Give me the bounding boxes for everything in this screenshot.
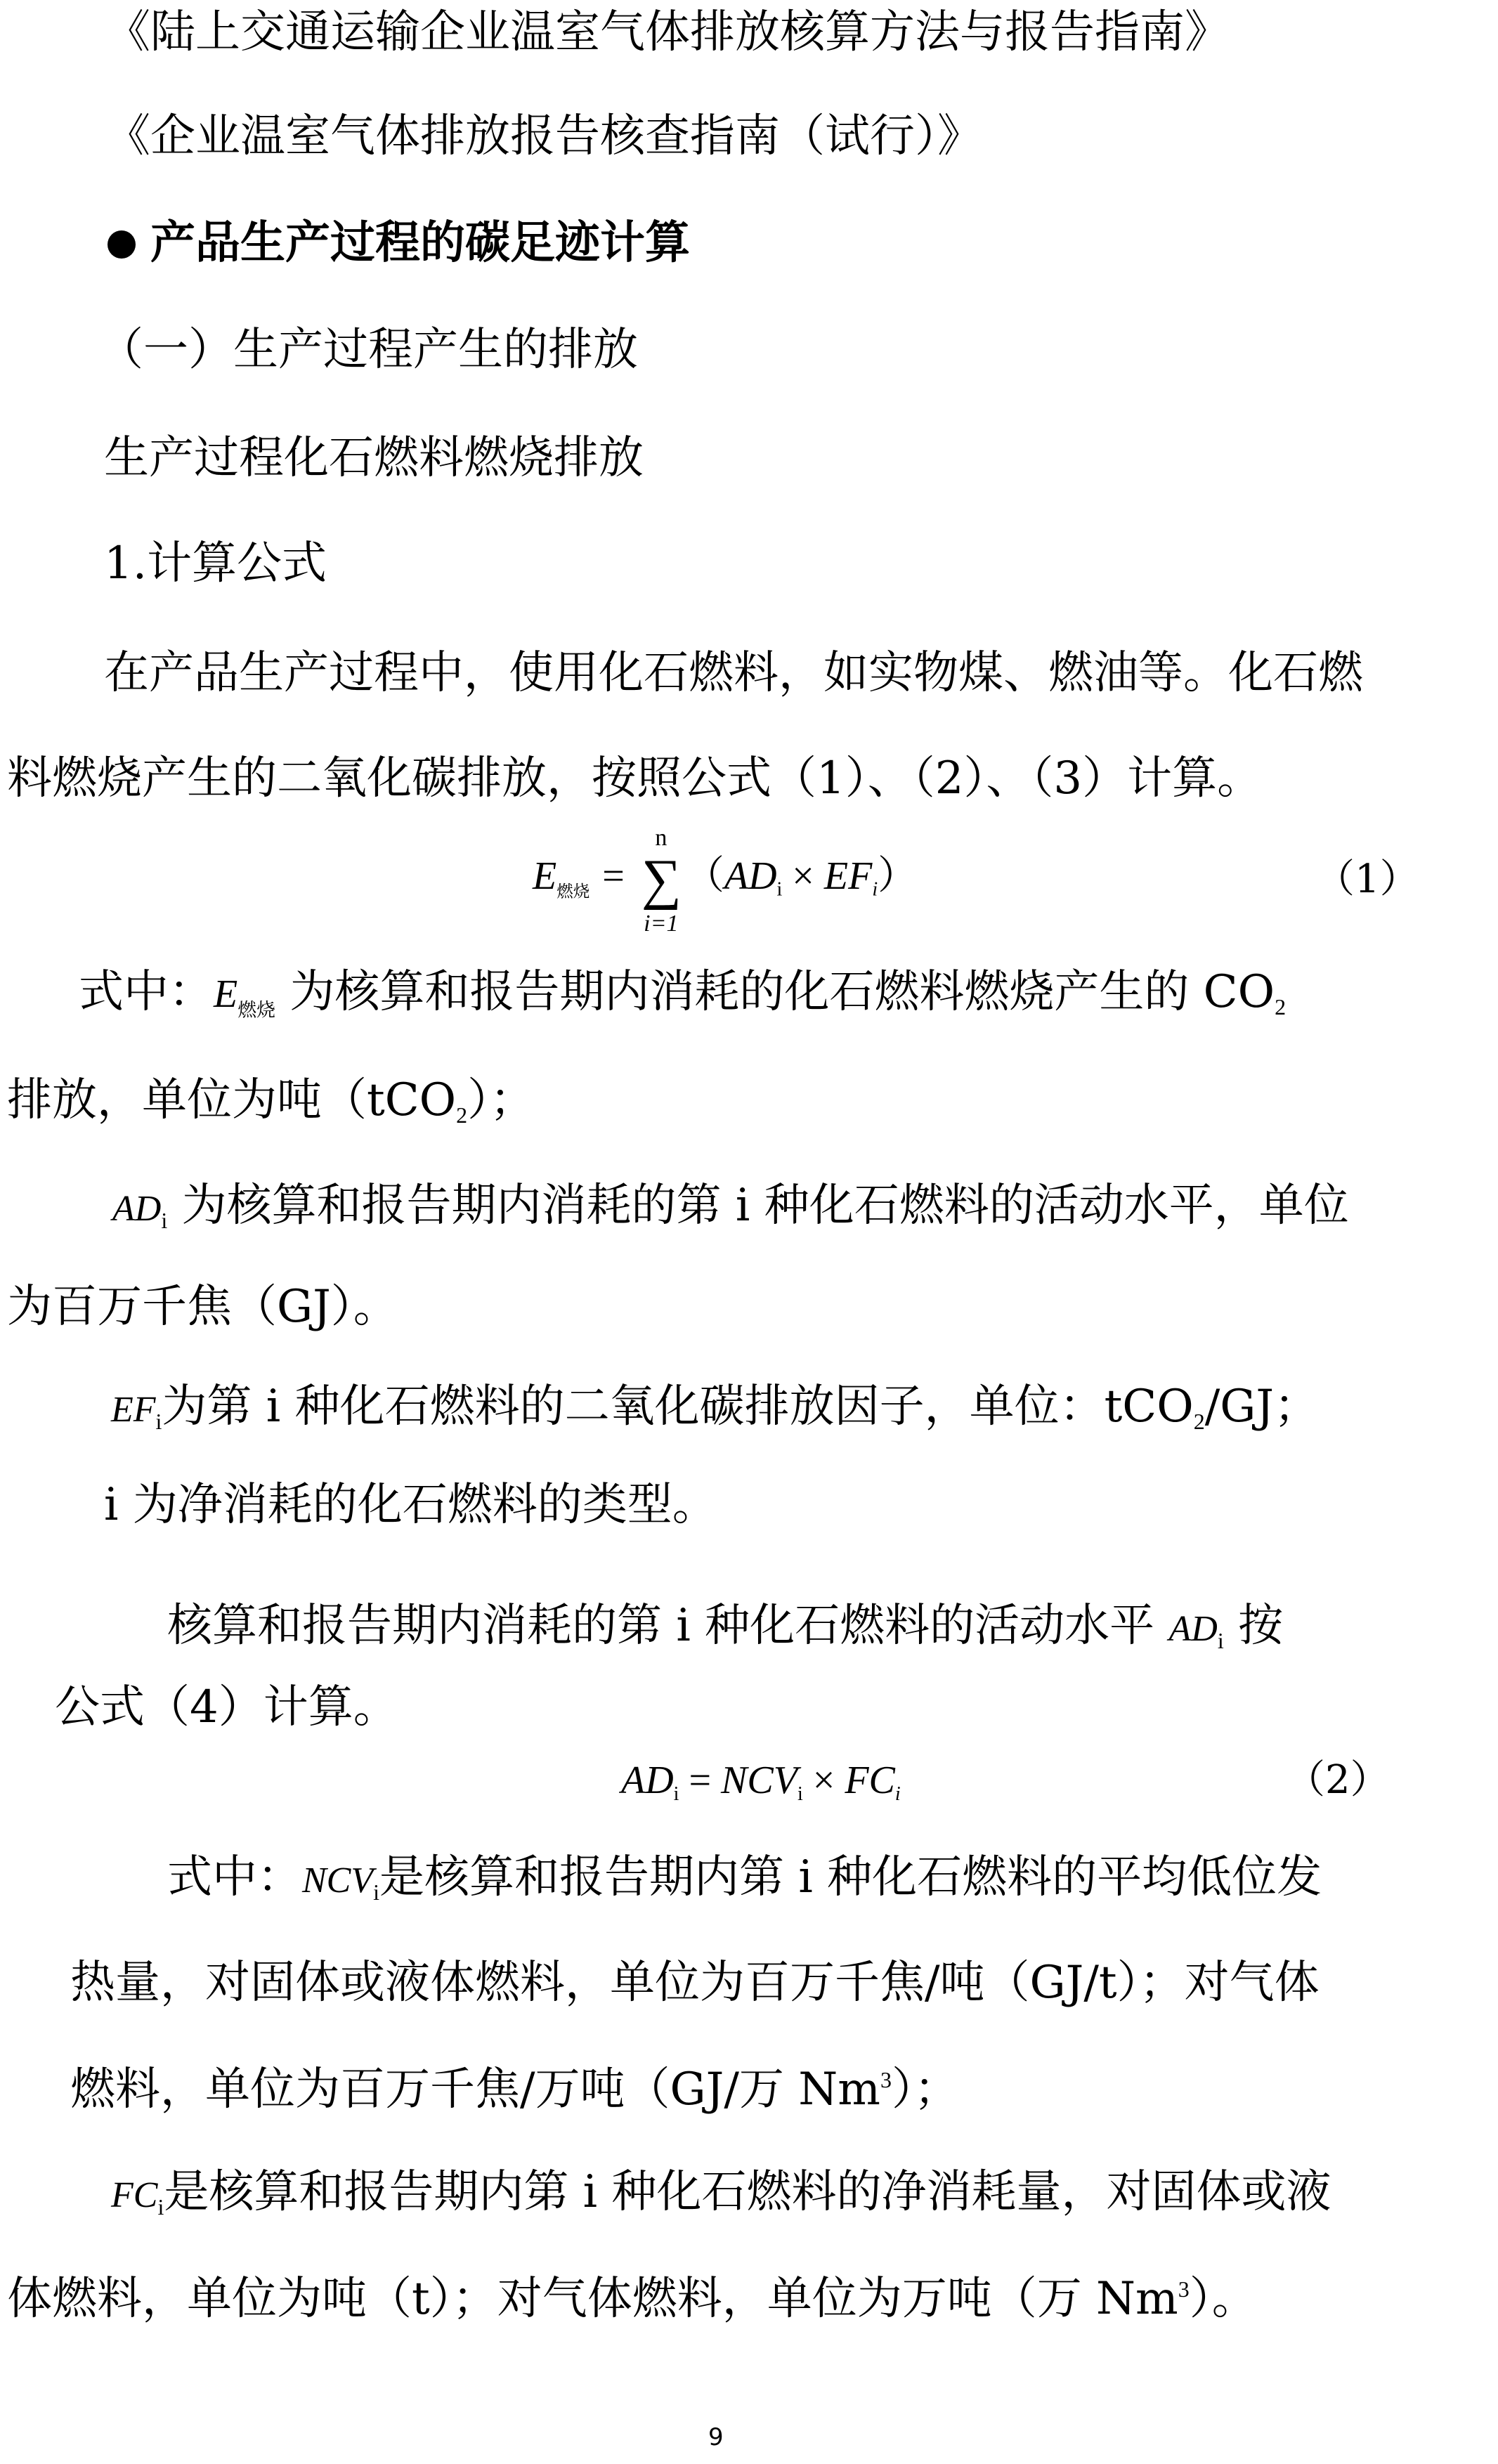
where-label: 式中：	[79, 966, 214, 1018]
intro-line-1: 在产品生产过程中，使用化石燃料，如实物煤、燃油等。化石燃	[104, 651, 1363, 696]
formula-2-ad: AD	[621, 1759, 674, 1802]
cubic-superscript: 3	[1178, 2276, 1190, 2302]
ncv-gas-unit: 燃料，单位为百万千焦/万吨（GJ/万 Nm	[70, 2064, 880, 2116]
formula-1-ad: AD	[724, 854, 777, 898]
summation-symbol: n ∑ i=1	[641, 852, 681, 908]
e-subscript: 燃烧	[237, 999, 275, 1021]
ncv-subscript: i	[373, 1879, 379, 1905]
co2-subscript: 2	[1275, 994, 1286, 1019]
definition-fc-cont: 体燃料，单位为吨（t）；对气体燃料，单位为万吨（万 Nm3）。	[7, 2276, 1257, 2321]
fc-unit: 体燃料，单位为吨（t）；对气体燃料，单位为万吨（万 Nm	[7, 2273, 1178, 2325]
formula-1-lhs-subscript: 燃烧	[556, 882, 590, 901]
co2-subscript: 2	[1194, 1409, 1205, 1434]
formula-1: E燃烧 = n ∑ i=1 （ADi × EFi）	[533, 852, 917, 908]
sigma-lower-limit: i=1	[634, 912, 688, 936]
ef-description: 为第 i 种化石燃料的二氧化碳排放因子，单位：tCO	[162, 1381, 1193, 1433]
sigma-upper-limit: n	[641, 826, 681, 850]
where-label: 式中：	[167, 1851, 302, 1903]
definition-ef: EFi为第 i 种化石燃料的二氧化碳排放因子，单位：tCO2/GJ；	[111, 1384, 1319, 1433]
ef-unit: /GJ；	[1205, 1381, 1319, 1433]
formula-1-equals: =	[602, 854, 625, 898]
fc-unit-close: ）。	[1190, 2273, 1257, 2325]
reference-title-1: 《陆上交通运输企业温室气体排放核算方法与报告指南》	[105, 10, 1230, 55]
e-unit-text: 排放，单位为吨（tCO	[7, 1074, 456, 1126]
bullet-icon	[108, 230, 136, 259]
equation-number-2: （2）	[1286, 1761, 1390, 1800]
item-heading: 1.计算公式	[104, 541, 327, 586]
ad-symbol: AD	[112, 1189, 161, 1229]
activity-ad-symbol: AD	[1169, 1609, 1218, 1649]
definition-ncv: 式中：NCVi是核算和报告期内第 i 种化石燃料的平均低位发	[167, 1855, 1322, 1903]
e-unit-close: ）；	[467, 1074, 535, 1126]
activity-paragraph: 核算和报告期内消耗的第 i 种化石燃料的活动水平 ADi 按	[167, 1603, 1283, 1652]
formula-1-ad-sub: i	[777, 879, 783, 901]
definition-e: 式中：E燃烧 为核算和报告期内消耗的化石燃料燃烧产生的 CO2	[79, 970, 1286, 1020]
section-heading: 产品生产过程的碳足迹计算	[150, 221, 690, 266]
activity-text-end: 按	[1224, 1600, 1283, 1652]
fc-description: 是核算和报告期内第 i 种化石燃料的净消耗量，对固体或液	[164, 2166, 1331, 2218]
formula-1-ef-sub: i	[872, 879, 878, 901]
formula-1-open-paren: （	[685, 853, 724, 899]
formula-2-times: ×	[813, 1759, 835, 1802]
subsection-heading: （一）生产过程产生的排放	[98, 327, 638, 372]
activity-text: 核算和报告期内消耗的第 i 种化石燃料的活动水平	[167, 1600, 1169, 1652]
formula-2: ADi = NCVi × FCi	[621, 1761, 901, 1804]
co2-subscript: 2	[456, 1102, 467, 1128]
formula-1-lhs: E	[533, 854, 556, 898]
formula-2-fc: FC	[845, 1759, 895, 1802]
formula-1-times: ×	[792, 854, 814, 898]
ncv-description: 是核算和报告期内第 i 种化石燃料的平均低位发	[379, 1851, 1322, 1903]
formula-2-ncv-sub: i	[797, 1783, 803, 1805]
reference-title-2: 《企业温室气体排放报告核查指南（试行）》	[105, 114, 982, 159]
e-description: 为核算和报告期内消耗的化石燃料燃烧产生的 CO	[289, 966, 1275, 1018]
fc-subscript: i	[157, 2194, 164, 2219]
topic-heading: 生产过程化石燃料燃烧排放	[104, 436, 644, 481]
definition-e-cont: 排放，单位为吨（tCO2）；	[7, 1078, 535, 1126]
ncv-gas-unit-close: ）；	[892, 2064, 959, 2116]
definition-ad: ADi 为核算和报告期内消耗的第 i 种化石燃料的活动水平，单位	[112, 1183, 1349, 1232]
ad-description: 为核算和报告期内消耗的第 i 种化石燃料的活动水平，单位	[182, 1180, 1349, 1232]
definition-fc: FCi是核算和报告期内第 i 种化石燃料的净消耗量，对固体或液	[111, 2170, 1331, 2218]
ncv-symbol: NCV	[302, 1860, 373, 1901]
cubic-superscript: 3	[880, 2067, 892, 2092]
definition-ncv-cont-2: 燃料，单位为百万千焦/万吨（GJ/万 Nm3）；	[70, 2067, 959, 2112]
page-number: 9	[708, 2425, 724, 2449]
fc-symbol: FC	[111, 2175, 157, 2215]
formula-1-ef: EF	[824, 854, 872, 898]
ad-subscript: i	[161, 1208, 167, 1233]
formula-2-fc-sub: i	[895, 1783, 901, 1805]
formula-2-ncv: NCV	[721, 1759, 797, 1802]
formula-1-close-paren: ）	[878, 853, 917, 899]
formula-2-ad-sub: i	[674, 1783, 679, 1805]
intro-line-2: 料燃烧产生的二氧化碳排放，按照公式（1）、（2）、（3）计算。	[7, 756, 1262, 801]
definition-ad-cont: 为百万千焦（GJ）。	[7, 1284, 398, 1329]
equation-number-1: （1）	[1315, 860, 1419, 899]
definition-ncv-cont-1: 热量，对固体或液体燃料，单位为百万千焦/吨（GJ/t）；对气体	[70, 1960, 1320, 2005]
sigma-icon: ∑	[641, 852, 681, 908]
e-symbol: E	[214, 972, 237, 1016]
ef-symbol: EF	[111, 1390, 156, 1430]
definition-i: i 为净消耗的化石燃料的类型。	[104, 1482, 717, 1527]
activity-ad-subscript: i	[1218, 1628, 1224, 1653]
formula-2-equals: =	[689, 1759, 711, 1802]
activity-paragraph-cont: 公式（4）计算。	[55, 1685, 398, 1730]
